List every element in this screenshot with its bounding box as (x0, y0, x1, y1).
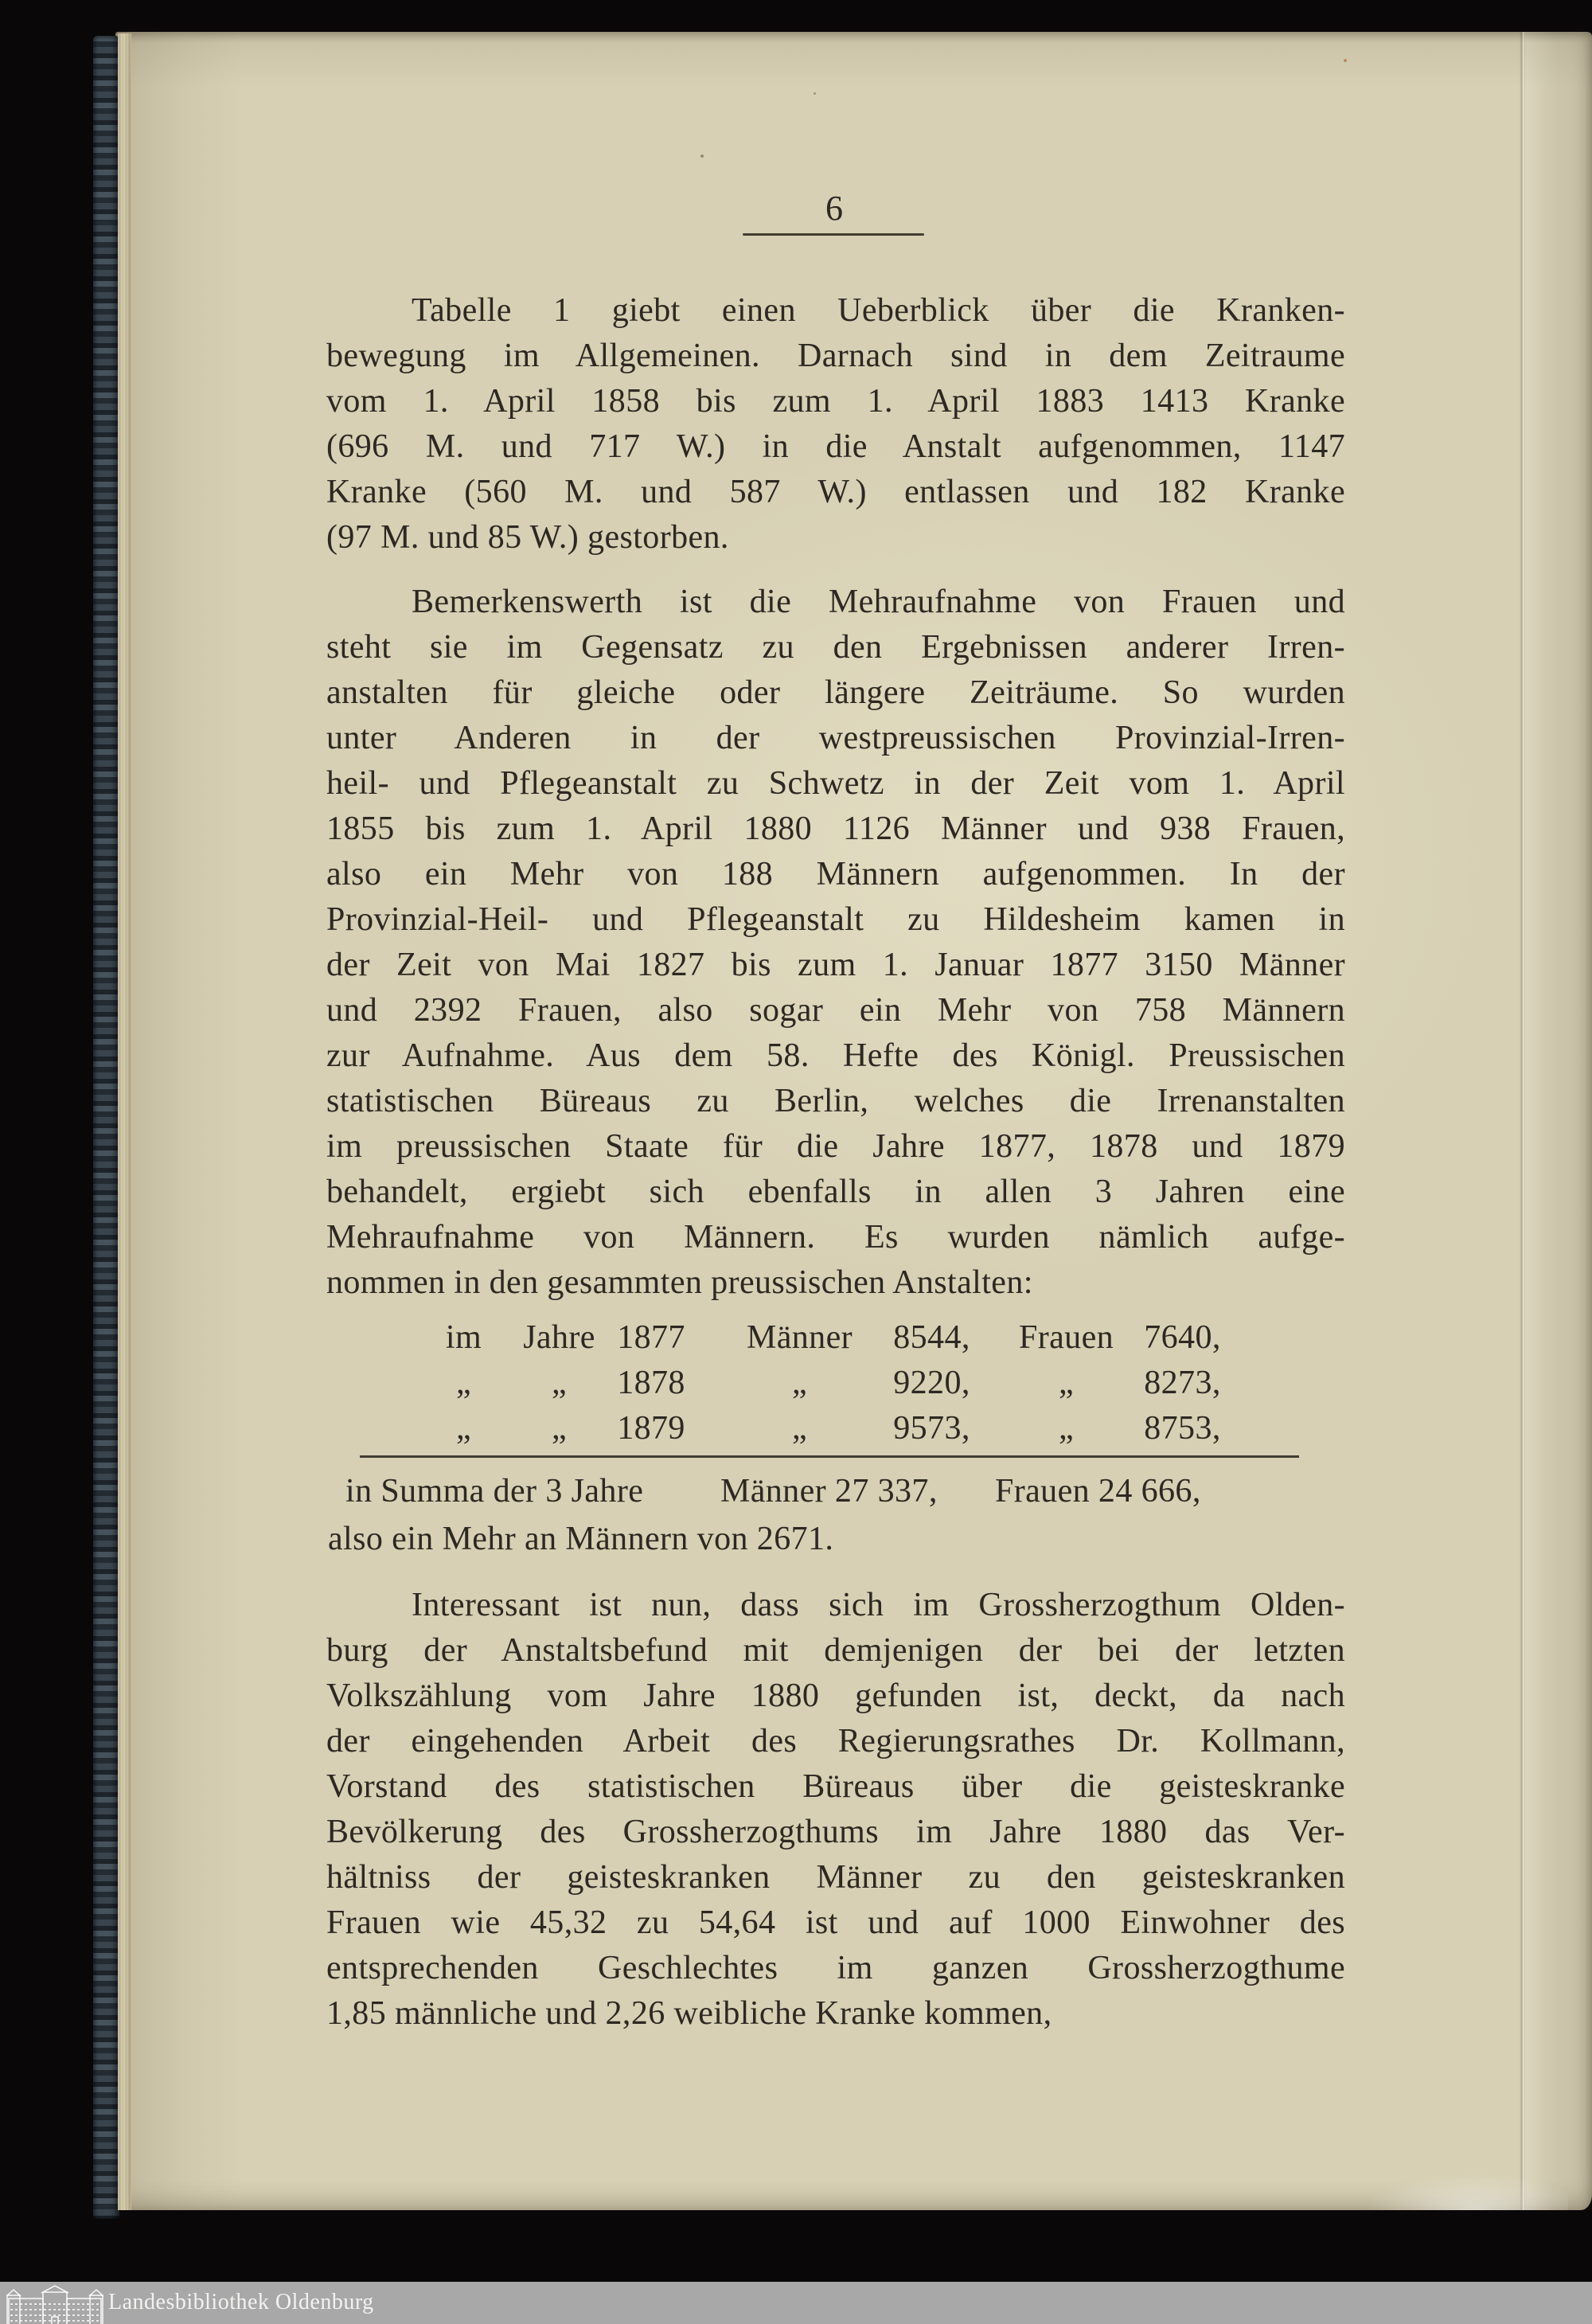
table-cell: „ (1005, 1406, 1128, 1451)
table-cell: Männer (734, 1315, 865, 1361)
scan-background: { "header": { "page_number": "6" }, "con… (0, 0, 1592, 2324)
surplus-line: also ein Mehr an Männern von 2671. (328, 1517, 833, 1562)
text-line: im preussischen Staate für die Jahre 187… (326, 1124, 1345, 1170)
text-line: anstalten für gleiche oder längere Zeitr… (326, 670, 1345, 716)
summary-label: in Summa der 3 Jahre (345, 1469, 643, 1514)
text-line: also ein Mehr von 188 Männern aufgenomme… (326, 852, 1345, 897)
page-crease (1520, 32, 1525, 2210)
table-row: im Jahre 1877 Männer 8544, Frauen 7640, (326, 1315, 1345, 1361)
page-stack-edge (118, 33, 131, 2210)
text-line: Kranke (560 M. und 587 W.) entlassen und… (326, 470, 1345, 515)
text-line: (696 M. und 717 W.) in die Anstalt aufge… (326, 424, 1345, 470)
text-line: Bevölkerung des Grossherzogthums im Jahr… (326, 1810, 1345, 1855)
text-line: Provinzial-Heil- und Pflegeanstalt zu Hi… (326, 897, 1345, 943)
table-cell: „ (509, 1361, 609, 1406)
paragraph-krankenbewegung: Tabelle 1 giebt einen Ueberblick über di… (326, 288, 1345, 560)
page-corner-glare (1361, 2146, 1568, 2210)
table-cell: 1879 (599, 1406, 703, 1451)
text-line: nommen in den gesammten preussischen Ans… (326, 1260, 1345, 1306)
text-line: zur Aufnahme. Aus dem 58. Hefte des Köni… (326, 1033, 1345, 1079)
text-line: steht sie im Gegensatz zu den Ergebnisse… (326, 625, 1345, 670)
table-cell: 8273, (1129, 1361, 1236, 1406)
paper-speck (700, 154, 704, 158)
text-line: Vorstand des statistischen Büreaus über … (326, 1764, 1345, 1810)
table-cell: 7640, (1129, 1315, 1236, 1361)
paragraph-mehraufnahme: Bemerkenswerth ist die Mehraufnahme von … (326, 580, 1345, 1306)
text-line: (97 M. und 85 W.) gestorben. (326, 515, 1345, 560)
text-line: Tabelle 1 giebt einen Ueberblick über di… (326, 288, 1345, 334)
library-building-icon (6, 2285, 103, 2324)
table-cell: Frauen (1005, 1315, 1128, 1361)
text-line: entsprechenden Geschlechtes im ganzen Gr… (326, 1946, 1345, 1991)
text-line: Frauen wie 45,32 zu 54,64 ist und auf 10… (326, 1900, 1345, 1946)
paragraph-oldenburg: Interessant ist nun, dass sich im Grossh… (326, 1583, 1345, 2037)
text-line: Mehraufnahme von Männern. Es wurden näml… (326, 1215, 1345, 1260)
text-line: hältniss der geisteskranken Männer zu de… (326, 1855, 1345, 1900)
text-line: bewegung im Allgemeinen. Darnach sind in… (326, 334, 1345, 379)
text-line: vom 1. April 1858 bis zum 1. April 1883 … (326, 379, 1345, 424)
text-line: statistischen Büreaus zu Berlin, welches… (326, 1079, 1345, 1124)
table-cell: „ (438, 1361, 490, 1406)
page-fore-edge-shading (1525, 32, 1592, 2210)
text-line: 1855 bis zum 1. April 1880 1126 Männer u… (326, 807, 1345, 852)
text-line: 1,85 männliche und 2,26 weibliche Kranke… (326, 1991, 1345, 2037)
table-cell: 8753, (1129, 1406, 1236, 1451)
text-line: burg der Anstaltsbefund mit demjenigen d… (326, 1628, 1345, 1674)
table-cell: „ (734, 1361, 865, 1406)
text-line: Volkszählung vom Jahre 1880 gefunden ist… (326, 1674, 1345, 1719)
summary-men-total: Männer 27 337, (720, 1469, 938, 1514)
text-line: der eingehenden Arbeit des Regierungsrat… (326, 1719, 1345, 1764)
paper-speck (814, 92, 816, 95)
paper-speck (1344, 59, 1347, 62)
text-line: der Zeit von Mai 1827 bis zum 1. Januar … (326, 943, 1345, 988)
book-binding-edge (93, 36, 119, 2219)
table-rule (360, 1455, 1299, 1458)
table-cell: 1878 (599, 1361, 703, 1406)
table-cell: 1877 (599, 1315, 703, 1361)
table-row: „ „ 1878 „ 9220, „ 8273, (326, 1361, 1345, 1406)
text-line: und 2392 Frauen, also sogar ein Mehr von… (326, 988, 1345, 1033)
table-cell: „ (1005, 1361, 1128, 1406)
text-line: unter Anderen in der westpreussischen Pr… (326, 716, 1345, 761)
summary-line: in Summa der 3 Jahre Männer 27 337, Frau… (326, 1469, 1345, 1514)
table-cell: Jahre (509, 1315, 609, 1361)
table-cell: 8544, (878, 1315, 985, 1361)
book-page: 6 Tabelle 1 giebt einen Ueberblick über … (115, 32, 1592, 2210)
text-line: behandelt, ergiebt sich ebenfalls in all… (326, 1170, 1345, 1215)
page-number-rule (743, 233, 924, 236)
text-line: Bemerkenswerth ist die Mehraufnahme von … (326, 580, 1345, 625)
table-cell: 9220, (878, 1361, 985, 1406)
table-cell: „ (438, 1406, 490, 1451)
text-line: Interessant ist nun, dass sich im Grossh… (326, 1583, 1345, 1628)
text-line: heil- und Pflegeanstalt zu Schwetz in de… (326, 761, 1345, 807)
table-cell: im (438, 1315, 490, 1361)
library-watermark-bar: Landesbibliothek Oldenburg (0, 2282, 1592, 2324)
table-cell: 9573, (878, 1406, 985, 1451)
table-cell: „ (509, 1406, 609, 1451)
table-row: „ „ 1879 „ 9573, „ 8753, (326, 1406, 1345, 1451)
page-number: 6 (728, 188, 940, 228)
summary-women-total: Frauen 24 666, (995, 1469, 1201, 1514)
table-cell: „ (734, 1406, 865, 1451)
library-name: Landesbibliothek Oldenburg (108, 2290, 374, 2315)
